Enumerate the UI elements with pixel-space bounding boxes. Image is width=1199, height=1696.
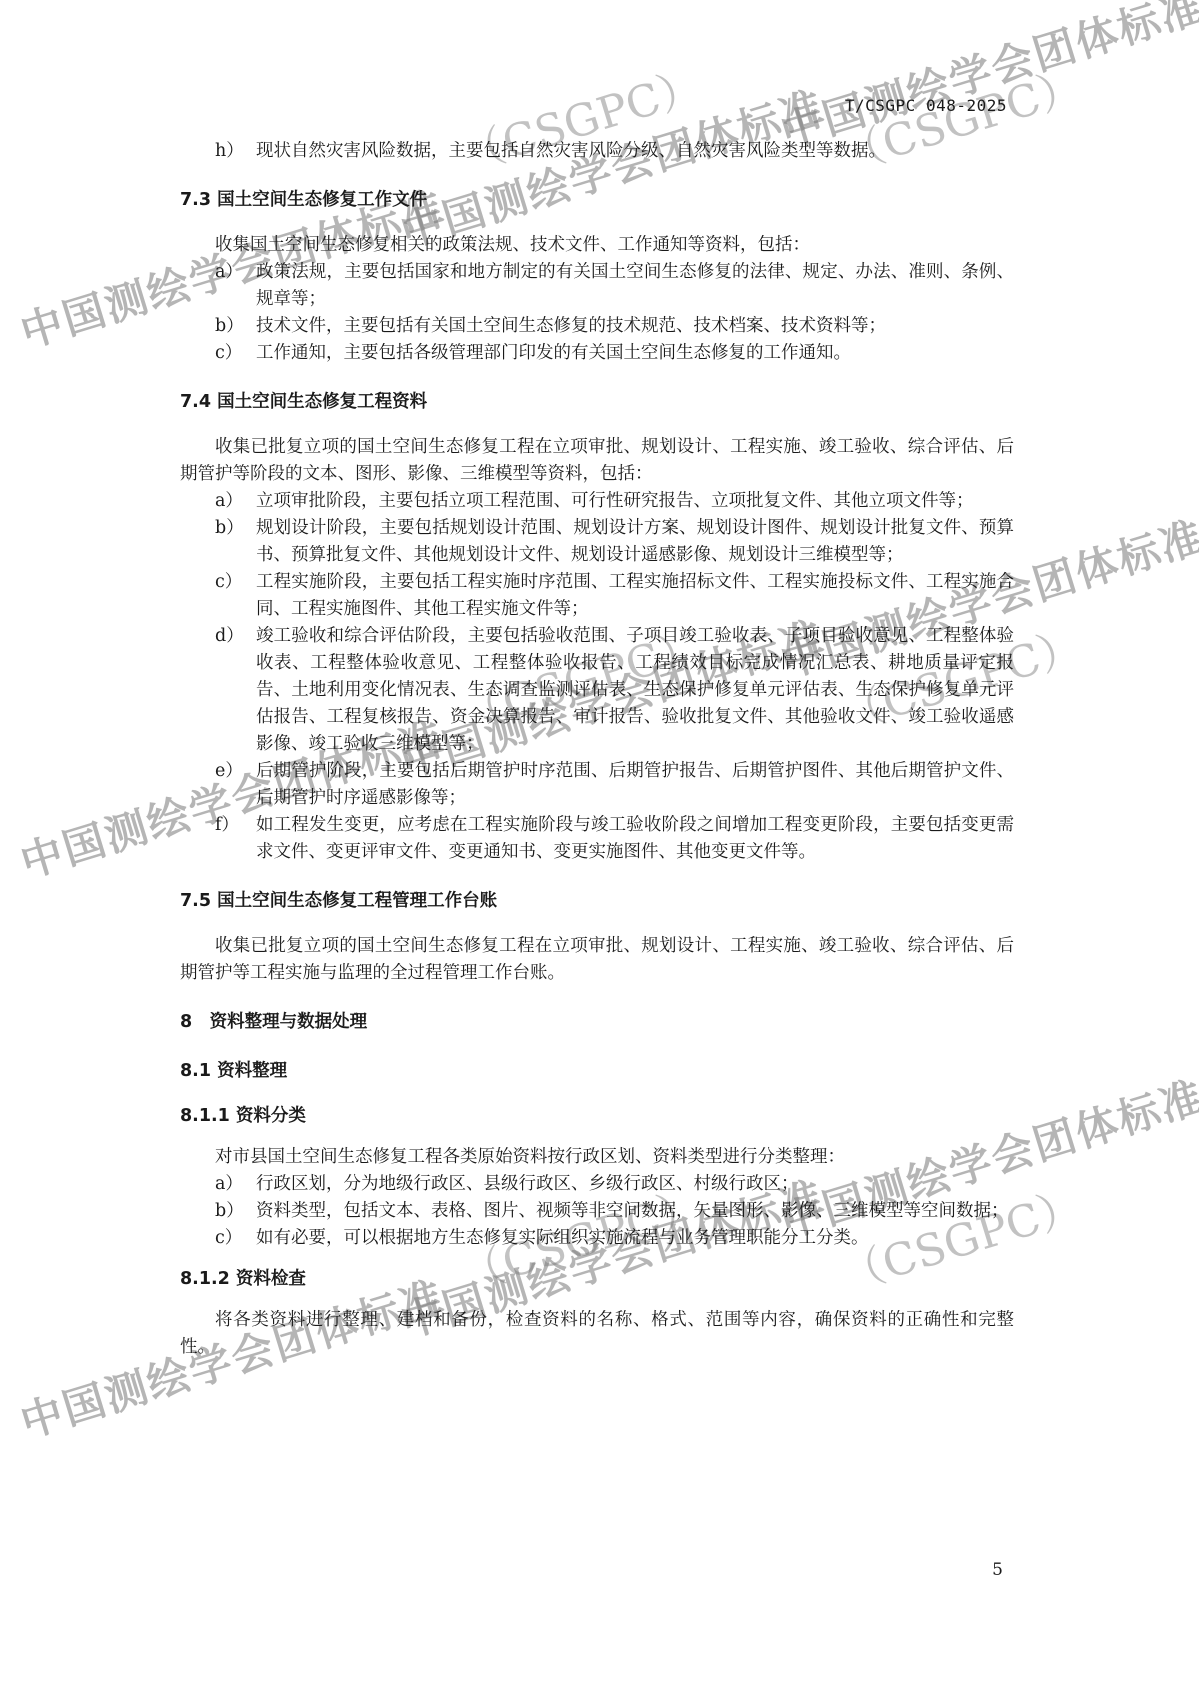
list-marker: b）	[215, 313, 256, 340]
section-heading-8-1: 8.1 资料整理	[180, 1058, 1014, 1085]
watermark-text: 中国测绘学会团体标准	[772, 0, 1199, 160]
list-text: 政策法规，主要包括国家和地方制定的有关国土空间生态修复的法律、规定、办法、准则、…	[256, 259, 1014, 313]
list-text: 如工程发生变更，应考虑在工程实施阶段与竣工验收阶段之间增加工程变更阶段，主要包括…	[256, 812, 1014, 866]
paragraph: 收集已批复立项的国土空间生态修复工程在立项审批、规划设计、工程实施、竣工验收、综…	[180, 933, 1014, 987]
list-marker: d）	[215, 623, 256, 758]
list-marker: c）	[215, 340, 256, 367]
document-page: 中国测绘学会团体标准 中国测绘学会团体标准 中国测绘学会团体标准 （CSGPC）…	[0, 0, 1199, 1696]
list-text: 后期管护阶段，主要包括后期管护时序范围、后期管护报告、后期管护图件、其他后期管护…	[256, 758, 1014, 812]
list-item: c） 工作通知，主要包括各级管理部门印发的有关国土空间生态修复的工作通知。	[180, 340, 1014, 367]
list-marker: c）	[215, 1225, 256, 1252]
list-marker: f）	[215, 812, 256, 866]
list-marker: a）	[215, 259, 256, 313]
list-7-3: a） 政策法规，主要包括国家和地方制定的有关国土空间生态修复的法律、规定、办法、…	[180, 259, 1014, 367]
document-code: T/CSGPC 048-2025	[845, 96, 1007, 115]
list-text: 如有必要，可以根据地方生态修复实际组织实施流程与业务管理职能分工分类。	[256, 1225, 1014, 1252]
section-heading-8-1-1: 8.1.1 资料分类	[180, 1103, 1014, 1130]
list-8-1-1: a） 行政区划，分为地级行政区、县级行政区、乡级行政区、村级行政区； b） 资料…	[180, 1171, 1014, 1252]
list-item: c） 工程实施阶段，主要包括工程实施时序范围、工程实施招标文件、工程实施投标文件…	[180, 569, 1014, 623]
list-marker: a）	[215, 1171, 256, 1198]
list-item: b） 技术文件，主要包括有关国土空间生态修复的技术规范、技术档案、技术资料等；	[180, 313, 1014, 340]
list-text: 现状自然灾害风险数据，主要包括自然灾害风险分级、自然灾害风险类型等数据。	[256, 138, 1014, 165]
list-marker: a）	[215, 488, 256, 515]
list-text: 竣工验收和综合评估阶段，主要包括验收范围、子项目竣工验收表、子项目验收意见、工程…	[256, 623, 1014, 758]
section-heading-7-5: 7.5 国土空间生态修复工程管理工作台账	[180, 888, 1014, 915]
list-item: e） 后期管护阶段，主要包括后期管护时序范围、后期管护报告、后期管护图件、其他后…	[180, 758, 1014, 812]
list-text: 工程实施阶段，主要包括工程实施时序范围、工程实施招标文件、工程实施投标文件、工程…	[256, 569, 1014, 623]
document-body: h） 现状自然灾害风险数据，主要包括自然灾害风险分级、自然灾害风险类型等数据。 …	[180, 138, 1014, 1361]
list-item: d） 竣工验收和综合评估阶段，主要包括验收范围、子项目竣工验收表、子项目验收意见…	[180, 623, 1014, 758]
section-heading-8-1-2: 8.1.2 资料检查	[180, 1266, 1014, 1293]
list-marker: b）	[215, 1198, 256, 1225]
list-item: a） 行政区划，分为地级行政区、县级行政区、乡级行政区、村级行政区；	[180, 1171, 1014, 1198]
list-item: h） 现状自然灾害风险数据，主要包括自然灾害风险分级、自然灾害风险类型等数据。	[180, 138, 1014, 165]
list-text: 行政区划，分为地级行政区、县级行政区、乡级行政区、村级行政区；	[256, 1171, 1014, 1198]
list-item: a） 政策法规，主要包括国家和地方制定的有关国土空间生态修复的法律、规定、办法、…	[180, 259, 1014, 313]
list-marker: b）	[215, 515, 256, 569]
list-item: b） 规划设计阶段，主要包括规划设计范围、规划设计方案、规划设计图件、规划设计批…	[180, 515, 1014, 569]
list-marker: h）	[215, 138, 256, 165]
list-item: a） 立项审批阶段，主要包括立项工程范围、可行性研究报告、立项批复文件、其他立项…	[180, 488, 1014, 515]
list-marker: e）	[215, 758, 256, 812]
list-marker: c）	[215, 569, 256, 623]
list-text: 工作通知，主要包括各级管理部门印发的有关国土空间生态修复的工作通知。	[256, 340, 1014, 367]
list-7-4: a） 立项审批阶段，主要包括立项工程范围、可行性研究报告、立项批复文件、其他立项…	[180, 488, 1014, 866]
list-text: 规划设计阶段，主要包括规划设计范围、规划设计方案、规划设计图件、规划设计批复文件…	[256, 515, 1014, 569]
paragraph: 收集国土空间生态修复相关的政策法规、技术文件、工作通知等资料，包括：	[180, 232, 1014, 259]
list-text: 技术文件，主要包括有关国土空间生态修复的技术规范、技术档案、技术资料等；	[256, 313, 1014, 340]
list-text: 立项审批阶段，主要包括立项工程范围、可行性研究报告、立项批复文件、其他立项文件等…	[256, 488, 1014, 515]
list-item: c） 如有必要，可以根据地方生态修复实际组织实施流程与业务管理职能分工分类。	[180, 1225, 1014, 1252]
section-heading-7-3: 7.3 国土空间生态修复工作文件	[180, 187, 1014, 214]
page-number: 5	[992, 1560, 1003, 1580]
paragraph: 收集已批复立项的国土空间生态修复工程在立项审批、规划设计、工程实施、竣工验收、综…	[180, 434, 1014, 488]
section-heading-7-4: 7.4 国土空间生态修复工程资料	[180, 389, 1014, 416]
list-item: f） 如工程发生变更，应考虑在工程实施阶段与竣工验收阶段之间增加工程变更阶段，主…	[180, 812, 1014, 866]
paragraph: 将各类资料进行整理、建档和备份，检查资料的名称、格式、范围等内容，确保资料的正确…	[180, 1307, 1014, 1361]
list-text: 资料类型，包括文本、表格、图片、视频等非空间数据，矢量图形、影像、三维模型等空间…	[256, 1198, 1014, 1225]
paragraph: 对市县国土空间生态修复工程各类原始资料按行政区划、资料类型进行分类整理：	[180, 1144, 1014, 1171]
list-item: b） 资料类型，包括文本、表格、图片、视频等非空间数据，矢量图形、影像、三维模型…	[180, 1198, 1014, 1225]
chapter-heading-8: 8 资料整理与数据处理	[180, 1009, 1014, 1036]
